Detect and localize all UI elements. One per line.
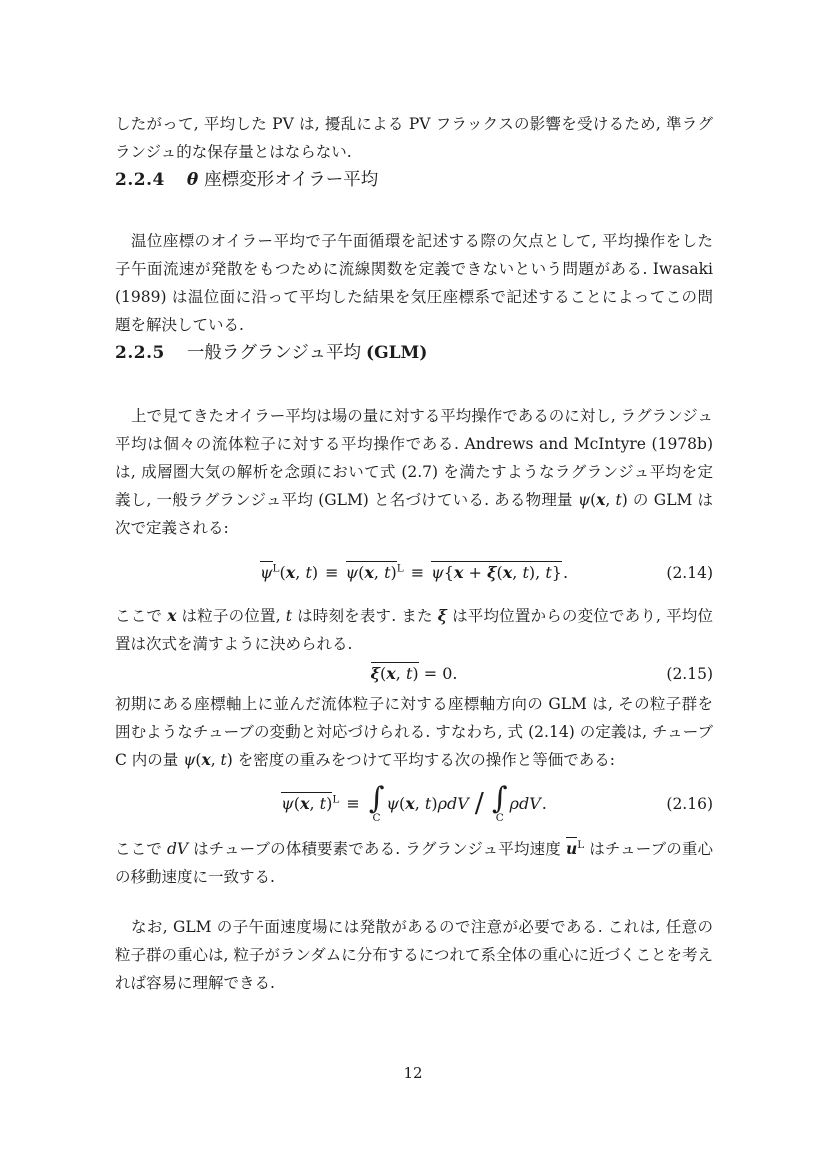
text-segment: ψ [183,751,195,769]
page-number: 12 [0,1064,826,1082]
section-number: 2.2.5 [115,343,165,363]
paragraph-tube-interpretation: 初期にある座標軸上に並んだ流体粒子に対する座標軸方向の GLM は, その粒子群… [115,690,713,774]
text-segment: x [201,750,210,769]
text-segment: は粒子の位置, [176,607,285,625]
text-segment: , [605,491,615,509]
equation-label: (2.14) [666,558,713,588]
text-segment: は時刻を表す. また [292,607,438,625]
integral-over-tube: ∫C [492,784,508,823]
text-segment: はチューブの体積要素である. ラグランジュ平均速度 [188,840,566,858]
section-title: 一般ラグランジュ平均 [187,339,361,364]
equation-label: (2.15) [666,659,713,689]
equation-2-14: ψL(x, t)≡ψ(x, t)L≡ψ{x + ξ(x, t), t}. (2.… [115,558,713,588]
paragraph-isentropic-euler-mean: 温位座標のオイラー平均で子午面循環を記述する際の欠点として, 平均操作をした子午… [115,227,713,339]
text-segment: ξ [438,606,447,625]
section-heading-2-2-5: 2.2.5 一般ラグランジュ平均 (GLM) [115,339,713,364]
text-segment: を密度の重みをつけて平均する次の操作と等価である: [233,751,615,769]
text-segment: ここで [115,840,167,858]
theta-symbol: θ [187,170,198,190]
text-column: したがって, 平均した PV は, 擾乱による PV フラックスの影響を受けるた… [115,0,713,997]
text-segment: なお, GLM の子午面速度場には発散があるので注意が必要である. これは, 任… [115,918,713,992]
paragraph-glm-intro: 上で見てきたオイラー平均は場の量に対する平均操作であるのに対し, ラグランジュ平… [115,402,713,542]
equation-body: ψ(x, t)L≡∫Cψ(x, t)ρdV/∫CρdV. [281,784,547,823]
equation-2-15: ξ(x, t) = 0. (2.15) [115,659,713,689]
text-segment: u [566,837,577,858]
text-segment: dV [167,840,188,858]
paragraph-pv-conservation: したがって, 平均した PV は, 擾乱による PV フラックスの影響を受けるた… [115,110,713,166]
text-segment: 温位座標のオイラー平均で子午面循環を記述する際の欠点として, 平均操作をした子午… [115,232,713,334]
equation-body: ξ(x, t) = 0. [371,659,458,689]
section-title-latin: (GLM) [366,343,427,363]
text-segment: ここで [115,607,167,625]
section-title: 座標変形オイラー平均 [204,166,378,191]
integral-over-tube: ∫C [369,784,385,823]
paragraph-displacement-def: ここで x は粒子の位置, t は時刻を表す. また ξ は平均位置からの変位で… [115,602,713,658]
document-page: したがって, 平均した PV は, 擾乱による PV フラックスの影響を受けるた… [0,0,826,1169]
equation-2-16: ψ(x, t)L≡∫Cψ(x, t)ρdV/∫CρdV. (2.16) [115,784,713,823]
section-number: 2.2.4 [115,170,165,190]
equation-label: (2.16) [666,789,713,819]
section-heading-2-2-4: 2.2.4 θ 座標変形オイラー平均 [115,166,713,191]
fraction-slash: / [475,789,484,819]
text-segment: ψ [578,491,590,509]
text-segment: したがって, 平均した PV は, 擾乱による PV フラックスの影響を受けるた… [115,115,713,161]
equation-body: ψL(x, t)≡ψ(x, t)L≡ψ{x + ξ(x, t), t}. [260,558,568,588]
text-segment: , [211,751,221,769]
paragraph-volume-element: ここで dV はチューブの体積要素である. ラグランジュ平均速度 uL はチュー… [115,835,713,891]
paragraph-divergence-note: なお, GLM の子午面速度場には発散があるので注意が必要である. これは, 任… [115,913,713,997]
